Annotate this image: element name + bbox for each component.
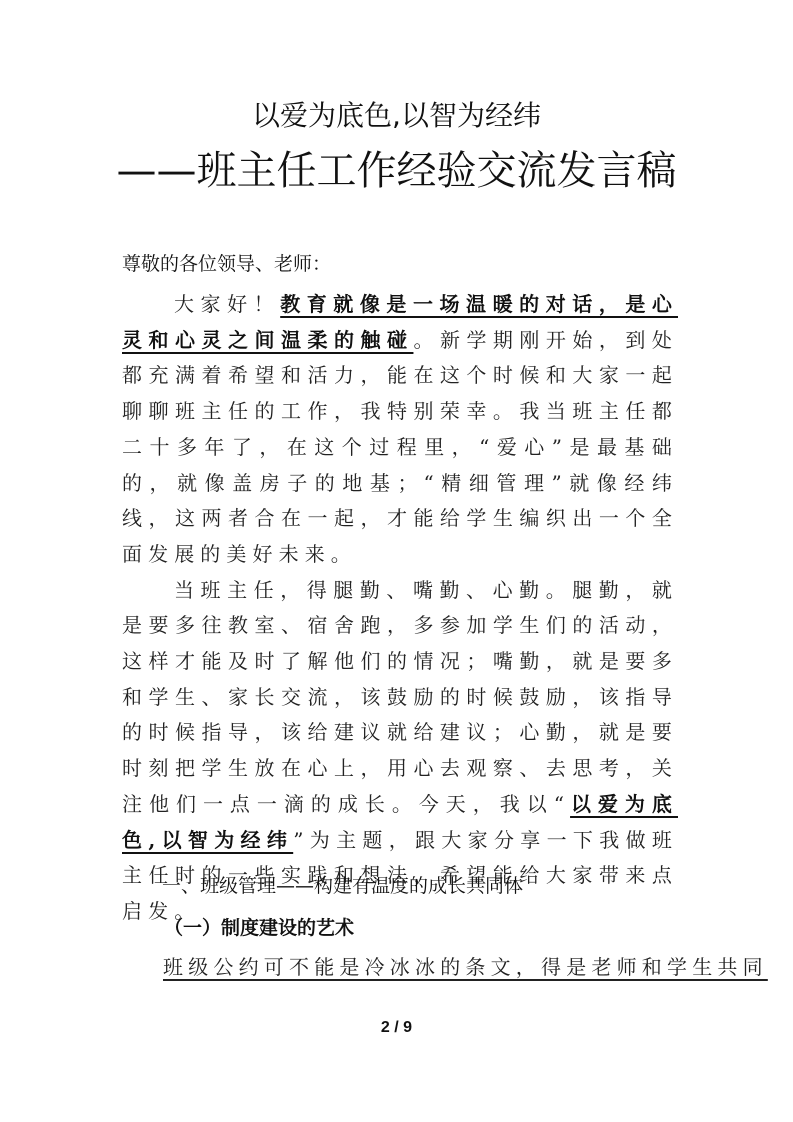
page-number: 2 / 9 [0,1019,793,1037]
paragraph-1: 大家好！教育就像是一场温暖的对话，是心灵和心灵之间温柔的触碰。新学期刚开始，到处… [122,287,678,573]
salutation: 尊敬的各位领导、老师： [122,250,331,278]
subsection-heading: （一）制度建设的艺术 [164,914,354,942]
section-heading: 一、班级管理——构建有温度的成长共同体 [162,872,523,900]
paragraph-text: 大家好！ [174,292,280,316]
continuation-line: 班级公约可不能是冷冰冰的条文，得是老师和学生共同 [163,950,683,985]
document-page: 以爱为底色,以智为经纬 ——班主任工作经验交流发言稿 尊敬的各位领导、老师： 大… [0,0,793,1122]
paragraph-text: 。新学期刚开始，到处都充满着希望和活力，能在这个时候和大家一起聊聊班主任的工作，… [122,328,678,566]
paragraph-text: 当班主任，得腿勤、嘴勤、心勤。腿勤，就是要多往教室、宿舍跑，多参加学生们的活动，… [122,578,678,816]
document-subtitle: ——班主任工作经验交流发言稿 [0,146,793,196]
body-text: 大家好！教育就像是一场温暖的对话，是心灵和心灵之间温柔的触碰。新学期刚开始，到处… [122,287,678,930]
document-title: 以爱为底色,以智为经纬 [0,98,793,134]
